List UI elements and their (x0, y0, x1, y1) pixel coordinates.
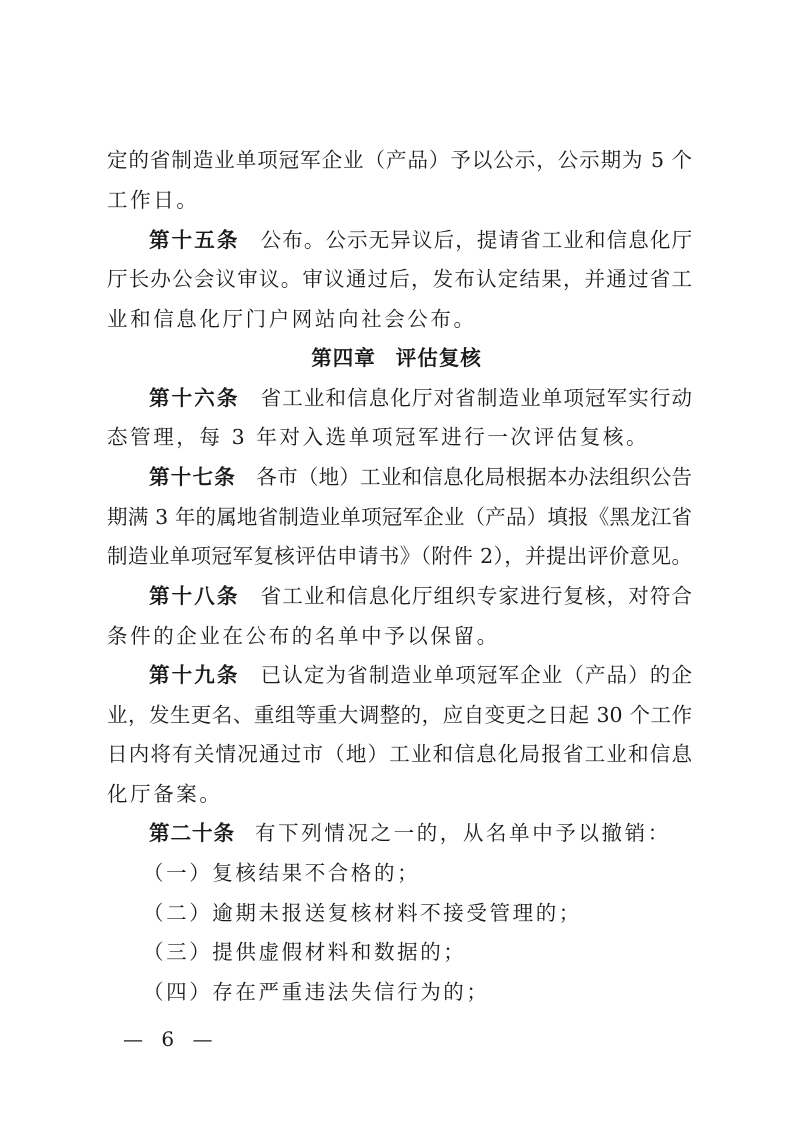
article-19: 第十九条已认定为省制造业单项冠军企业（产品）的企 (149, 660, 692, 690)
article-text: 有下列情况之一的，从名单中予以撤销： (255, 821, 671, 845)
text-line: 业和信息化厅门户网站向社会公布。 (107, 304, 692, 334)
article-16: 第十六条省工业和信息化厅对省制造业单项冠军实行动 (149, 383, 692, 413)
page-number: — 6 — (123, 1027, 218, 1051)
article-20: 第二十条有下列情况之一的，从名单中予以撤销： (149, 818, 692, 848)
article-text: 各市（地）工业和信息化局根据本办法组织公告 (256, 465, 692, 489)
article-15: 第十五条公布。公示无异议后，提请省工业和信息化厅 (149, 225, 692, 255)
text-line: 化厅备案。 (107, 779, 692, 809)
article-label: 第二十条 (149, 821, 235, 845)
list-item: （三）提供虚假材料和数据的； (143, 937, 686, 967)
article-18: 第十八条省工业和信息化厅组织专家进行复核，对符合 (149, 581, 692, 611)
list-item: （一）复核结果不合格的； (143, 858, 686, 888)
article-text: 省工业和信息化厅对省制造业单项冠军实行动 (260, 386, 693, 410)
article-label: 第十五条 (149, 228, 240, 252)
chapter-title: 评估复核 (396, 343, 482, 373)
document-page: 定的省制造业单项冠军企业（产品）予以公示，公示期为 5 个 工作日。 第十五条公… (0, 0, 793, 1122)
article-text: 已认定为省制造业单项冠军企业（产品）的企 (260, 663, 693, 687)
text-line: 制造业单项冠军复核评估申请书》（附件 2），并提出评价意见。 (107, 541, 692, 571)
text-line: 工作日。 (107, 185, 692, 215)
chapter-heading: 第四章评估复核 (0, 343, 793, 373)
article-label: 第十六条 (149, 386, 240, 410)
list-item: （四）存在严重违法失信行为的； (143, 977, 686, 1007)
text-line: 态管理，每 3 年对入选单项冠军进行一次评估复核。 (107, 422, 692, 452)
article-17: 第十七条各市（地）工业和信息化局根据本办法组织公告 (149, 462, 692, 492)
text-line: 日内将有关情况通过市（地）工业和信息化局报省工业和信息 (107, 739, 692, 769)
article-label: 第十九条 (149, 663, 240, 687)
text-line: 厅长办公会议审议。审议通过后，发布认定结果，并通过省工 (107, 264, 692, 294)
text-line: 条件的企业在公布的名单中予以保留。 (107, 621, 692, 651)
article-label: 第十七条 (149, 465, 236, 489)
article-label: 第十八条 (149, 584, 240, 608)
text-line: 期满 3 年的属地省制造业单项冠军企业（产品）填报《黑龙江省 (107, 502, 692, 532)
list-item: （二）逾期未报送复核材料不接受管理的； (143, 898, 686, 928)
article-text: 公布。公示无异议后，提请省工业和信息化厅 (260, 228, 693, 252)
chapter-number: 第四章 (311, 343, 376, 373)
article-text: 省工业和信息化厅组织专家进行复核，对符合 (260, 584, 693, 608)
text-line: 业，发生更名、重组等重大调整的，应自变更之日起 30 个工作 (107, 700, 692, 730)
text-line: 定的省制造业单项冠军企业（产品）予以公示，公示期为 5 个 (107, 145, 692, 175)
